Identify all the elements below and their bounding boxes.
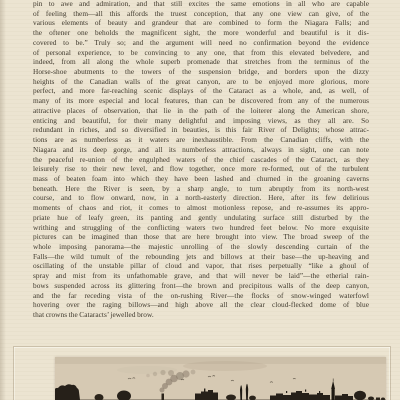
page-left-edge	[0, 0, 6, 400]
text-line: Horse-shoe abutments to the towers of th…	[33, 67, 369, 77]
text-line: moments of chaos and riot, it comes to a…	[33, 203, 369, 213]
text-line: whole imposing panorama—the majestic unr…	[33, 242, 369, 252]
text-line: pictures can be imagined than those that…	[33, 232, 369, 242]
text-line: heights of the Canadian walls of the gre…	[33, 77, 369, 87]
text-line: that crowns the Cataracts’ jewelled brow…	[33, 310, 369, 320]
text-line: Niagara and its deep gorge, and all its …	[33, 145, 369, 155]
text-line: many of its more especial and local feat…	[33, 96, 369, 106]
etching-skyline-graphic	[55, 357, 386, 400]
book-page: pin to awe and admiration, and that stil…	[0, 0, 400, 400]
text-line: hovering over the raging billows—and hig…	[33, 300, 369, 310]
text-line: attractive places of observation, that l…	[33, 106, 369, 116]
text-line: Falls—the wild tumult of the rebounding …	[33, 252, 369, 262]
etching-plate	[55, 357, 386, 400]
text-line: covered to be.” Truly so; and the argume…	[33, 38, 369, 48]
text-line: various elements of beauty and grandeur …	[33, 18, 369, 28]
text-line: oscillating of the unstable pillar of cl…	[33, 261, 369, 271]
text-line: indeed, from all along the whole superb …	[33, 57, 369, 67]
text-line: mass of beaten foam into which they have…	[33, 174, 369, 184]
text-line: of personal experience, to be convincing…	[33, 48, 369, 58]
right-tree-silhouette	[354, 391, 366, 400]
text-line: redundant in riches, and so diversified …	[33, 125, 369, 135]
text-line: spray and mist from its unfathomable gra…	[33, 271, 369, 281]
church-tower-silhouette	[332, 389, 335, 400]
text-line: priate hue of leafy green, its panting a…	[33, 213, 369, 223]
text-line: the peaceful re-union of the engulphed w…	[33, 155, 369, 165]
body-text: pin to awe and admiration, and that stil…	[33, 0, 369, 320]
text-line: leisurely rise to their new level, and f…	[33, 164, 369, 174]
text-line: writhing and struggling of the conflicti…	[33, 223, 369, 233]
text-line: pin to awe and admiration, and that stil…	[33, 0, 369, 9]
text-line: perfect, and more far-reaching scenic di…	[33, 86, 369, 96]
text-line: course, and to flow onward, now, in a no…	[33, 193, 369, 203]
text-line: and the far receding vista of the on-rus…	[33, 291, 369, 301]
text-line: enticing and beautiful, for their many d…	[33, 116, 369, 126]
text-line: tions are as numberless as it waters are…	[33, 135, 369, 145]
text-line: beneath. Here the River is seen, by a sh…	[33, 184, 369, 194]
text-line: of feeling them—all this affords the tru…	[33, 9, 369, 19]
chimney-silhouette	[162, 394, 165, 400]
text-line: the oftener one beholds the magnificent …	[33, 28, 369, 38]
text-line: bows suspended across its glittering fro…	[33, 281, 369, 291]
